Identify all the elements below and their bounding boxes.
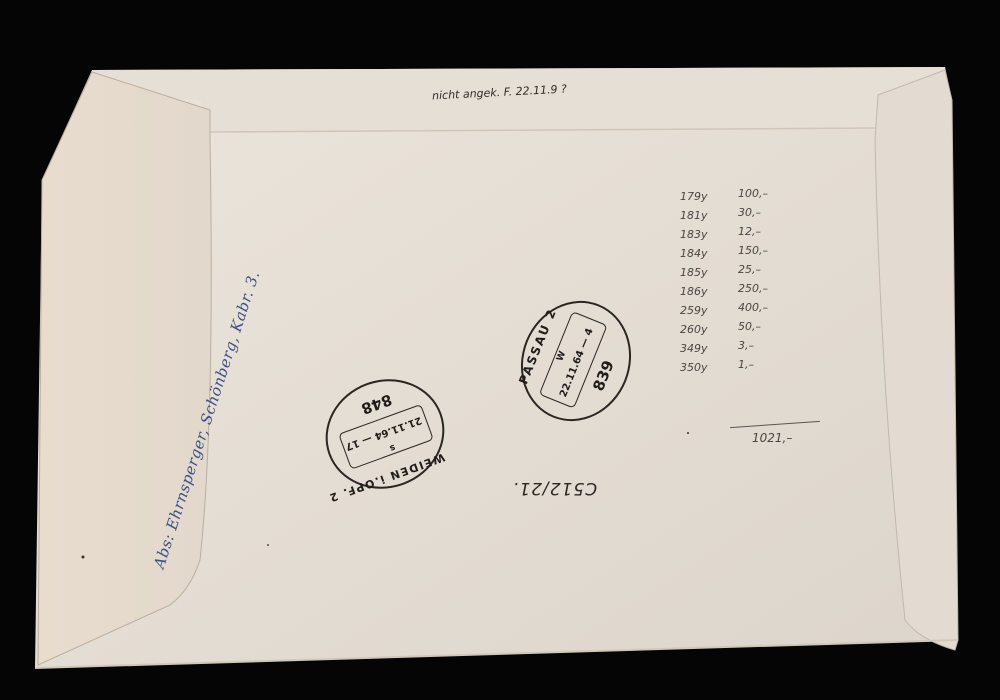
catalog-number: 179y bbox=[680, 190, 708, 203]
price-value: 30,– bbox=[738, 206, 761, 219]
catalog-number: 185y bbox=[680, 266, 708, 279]
catalog-number: 260y bbox=[680, 323, 708, 336]
price-value: 400,– bbox=[738, 301, 768, 314]
back-reference-number: C512/21. bbox=[512, 478, 597, 498]
price-list: 179y100,– 181y30,– 183y12,– 184y150,– 18… bbox=[680, 190, 820, 380]
catalog-number: 186y bbox=[680, 285, 708, 298]
catalog-number: 350y bbox=[680, 361, 708, 374]
postmark-letter: W bbox=[555, 350, 568, 363]
price-value: 25,– bbox=[738, 263, 761, 276]
price-value: 50,– bbox=[738, 320, 761, 333]
postmark-letter: s bbox=[388, 442, 396, 453]
catalog-number: 259y bbox=[680, 304, 708, 317]
catalog-number: 349y bbox=[680, 342, 708, 355]
catalog-number: 183y bbox=[680, 228, 708, 241]
price-value: 12,– bbox=[738, 225, 761, 238]
postmark-code: 848 bbox=[359, 390, 395, 418]
price-row: 350y1,– bbox=[680, 361, 820, 380]
postmark-date: 21.11.64 — 17 bbox=[344, 414, 423, 452]
price-value: 1,– bbox=[738, 358, 754, 371]
envelope-photo: nicht angek. F. 22.11.9 ? Abs: Ehrnsperg… bbox=[0, 0, 1000, 700]
price-value: 100,– bbox=[738, 187, 768, 200]
postmark-code: 839 bbox=[589, 358, 617, 394]
price-value: 3,– bbox=[738, 339, 754, 352]
price-value: 150,– bbox=[738, 244, 768, 257]
price-total: 1021,– bbox=[752, 431, 792, 445]
catalog-number: 184y bbox=[680, 247, 708, 260]
price-value: 250,– bbox=[738, 282, 768, 295]
envelope-paper bbox=[0, 0, 1000, 700]
catalog-number: 181y bbox=[680, 209, 708, 222]
